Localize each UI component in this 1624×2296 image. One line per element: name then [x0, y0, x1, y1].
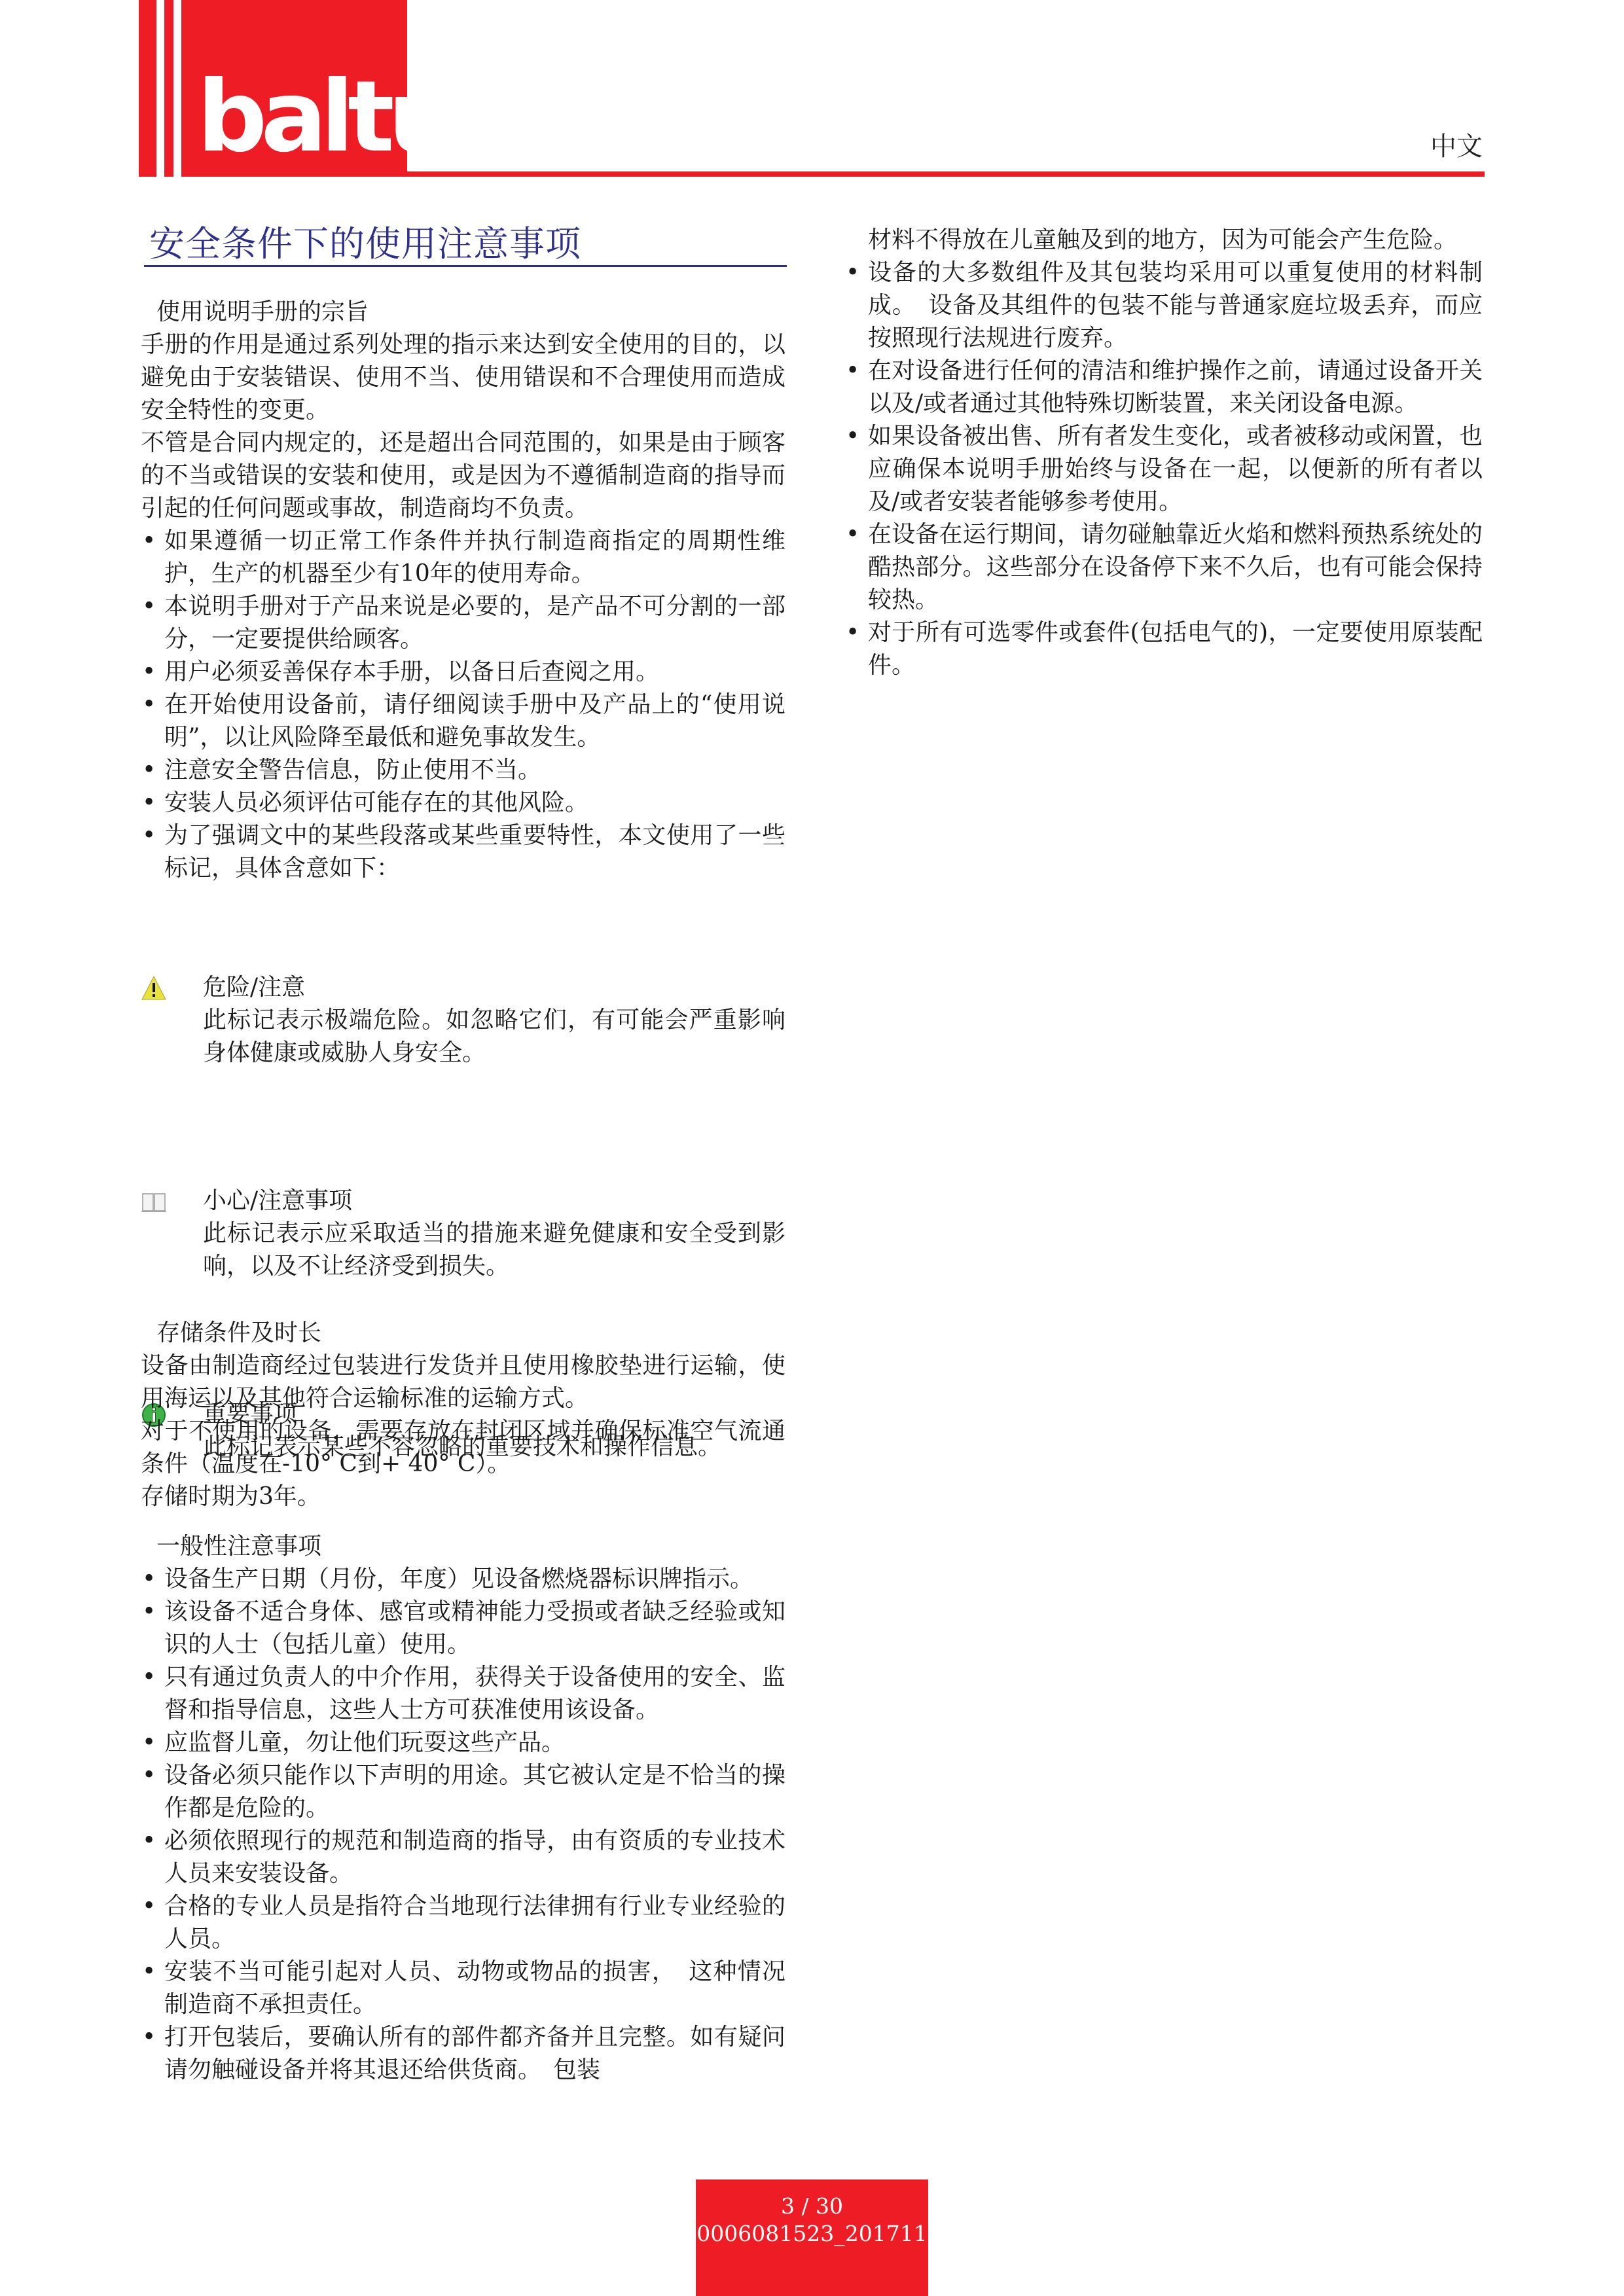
marker-caution: 小心/注意事项 此标记表示应采取适当的措施来避免健康和安全受到影响，以及不让经济… — [141, 1185, 785, 1283]
list-item: 只有通过负责人的中介作用，获得关于设备使用的安全、监督和指导信息，这些人士方可获… — [141, 1661, 785, 1727]
paragraph: 存储时期为3年。 — [141, 1480, 785, 1513]
list-item: 该设备不适合身体、感官或精神能力受损或者缺乏经验或知识的人士（包括儿童）使用。 — [141, 1596, 785, 1661]
page-number: 3 / 30 — [696, 2193, 928, 2220]
list-item: 用户必须妥善保存本手册，以备日后查阅之用。 — [141, 656, 785, 689]
section-heading: 一般性注意事项 — [141, 1530, 785, 1563]
paragraph: 材料不得放在儿童触及到的地方，因为可能会产生危险。 — [844, 224, 1483, 257]
left-column: 使用说明手册的宗旨 手册的作用是通过系列处理的指示来达到安全使用的目的，以避免由… — [141, 0, 785, 262]
list-item: 在对设备进行任何的清洁和维护操作之前，请通过设备开关以及/或者通过其他特殊切断装… — [844, 355, 1483, 420]
list-item: 应监督儿童，勿让他们玩耍这些产品。 — [141, 1727, 785, 1759]
list-item: 在开始使用设备前，请仔细阅读手册中及产品上的“使用说明”，以让风险降至最低和避免… — [141, 689, 785, 754]
marker-title: 危险/注意 — [203, 971, 785, 1004]
list-item: 设备的大多数组件及其包装均采用可以重复使用的材料制成。 设备及其组件的包装不能与… — [844, 257, 1483, 355]
section-heading: 存储条件及时长 — [141, 1317, 785, 1350]
section-purpose: 使用说明手册的宗旨 手册的作用是通过系列处理的指示来达到安全使用的目的，以避免由… — [141, 296, 785, 885]
title-underline — [144, 265, 787, 267]
marker-title: 小心/注意事项 — [203, 1185, 785, 1217]
section-general: 一般性注意事项 设备生产日期（月份，年度）见设备燃烧器标识牌指示。 该设备不适合… — [141, 1530, 785, 2087]
paragraph: 不管是合同内规定的，还是超出合同范围的，如果是由于顾客的不当或错误的安装和使用，… — [141, 427, 785, 525]
list-item: 如果设备被出售、所有者发生变化，或者被移动或闲置，也应确保本说明手册始终与设备在… — [844, 420, 1483, 518]
document-code: 0006081523_201711 — [696, 2220, 928, 2248]
list-item: 打开包装后，要确认所有的部件都齐备并且完整。如有疑问请勿触碰设备并将其退还给供货… — [141, 2021, 785, 2087]
list-item: 合格的专业人员是指符合当地现行法律拥有行业专业经验的人员。 — [141, 1890, 785, 1956]
list-item: 对于所有可选零件或套件(包括电气的)，一定要使用原装配件。 — [844, 617, 1483, 682]
section-continued: 材料不得放在儿童触及到的地方，因为可能会产生危险。 设备的大多数组件及其包装均采… — [844, 224, 1483, 682]
paragraph: 对于不使用的设备，需要存放在封闭区域并确保标准空气流通条件（温度在-10° C到… — [141, 1415, 785, 1480]
warning-triangle-icon — [141, 975, 167, 1001]
marker-text: 此标记表示极端危险。如忽略它们，有可能会严重影响身体健康或威胁人身安全。 — [203, 1004, 785, 1069]
language-label: 中文 — [1430, 126, 1483, 163]
list-item: 本说明手册对于产品来说是必要的，是产品不可分割的一部分，一定要提供给顾客。 — [141, 590, 785, 656]
marker-danger: 危险/注意 此标记表示极端危险。如忽略它们，有可能会严重影响身体健康或威胁人身安… — [141, 971, 785, 1069]
list-item: 如果遵循一切正常工作条件并执行制造商指定的周期性维护，生产的机器至少有10年的使… — [141, 525, 785, 590]
list-item: 设备生产日期（月份，年度）见设备燃烧器标识牌指示。 — [141, 1563, 785, 1596]
bullet-list: 设备的大多数组件及其包装均采用可以重复使用的材料制成。 设备及其组件的包装不能与… — [844, 257, 1483, 682]
list-item: 注意安全警告信息，防止使用不当。 — [141, 754, 785, 787]
paragraph: 手册的作用是通过系列处理的指示来达到安全使用的目的，以避免由于安装错误、使用不当… — [141, 329, 785, 427]
list-item: 在设备在运行期间，请勿碰触靠近火焰和燃料预热系统处的酷热部分。这些部分在设备停下… — [844, 518, 1483, 617]
marker-text: 此标记表示应采取适当的措施来避免健康和安全受到影响，以及不让经济受到损失。 — [203, 1217, 785, 1283]
section-heading: 使用说明手册的宗旨 — [141, 296, 785, 329]
list-item: 设备必须只能作以下声明的用途。其它被认定是不恰当的操作都是危险的。 — [141, 1759, 785, 1825]
bullet-list: 设备生产日期（月份，年度）见设备燃烧器标识牌指示。 该设备不适合身体、感官或精神… — [141, 1563, 785, 2087]
list-item: 安装人员必须评估可能存在的其他风险。 — [141, 787, 785, 819]
paragraph: 设备由制造商经过包装进行发货并且使用橡胶垫进行运输，使用海运以及其他符合运输标准… — [141, 1350, 785, 1415]
list-item: 为了强调文中的某些段落或某些重要特性，本文使用了一些标记，具体含意如下： — [141, 819, 785, 885]
list-item: 必须依照现行的规范和制造商的指导，由有资质的专业技术人员来安装设备。 — [141, 1825, 785, 1890]
open-book-icon — [141, 1189, 167, 1215]
section-storage: 存储条件及时长 设备由制造商经过包装进行发货并且使用橡胶垫进行运输，使用海运以及… — [141, 1317, 785, 1513]
list-item: 安装不当可能引起对人员、动物或物品的损害， 这种情况制造商不承担责任。 — [141, 1956, 785, 2021]
page-footer: 3 / 30 0006081523_201711 — [696, 2179, 928, 2296]
bullet-list: 如果遵循一切正常工作条件并执行制造商指定的周期性维护，生产的机器至少有10年的使… — [141, 525, 785, 885]
